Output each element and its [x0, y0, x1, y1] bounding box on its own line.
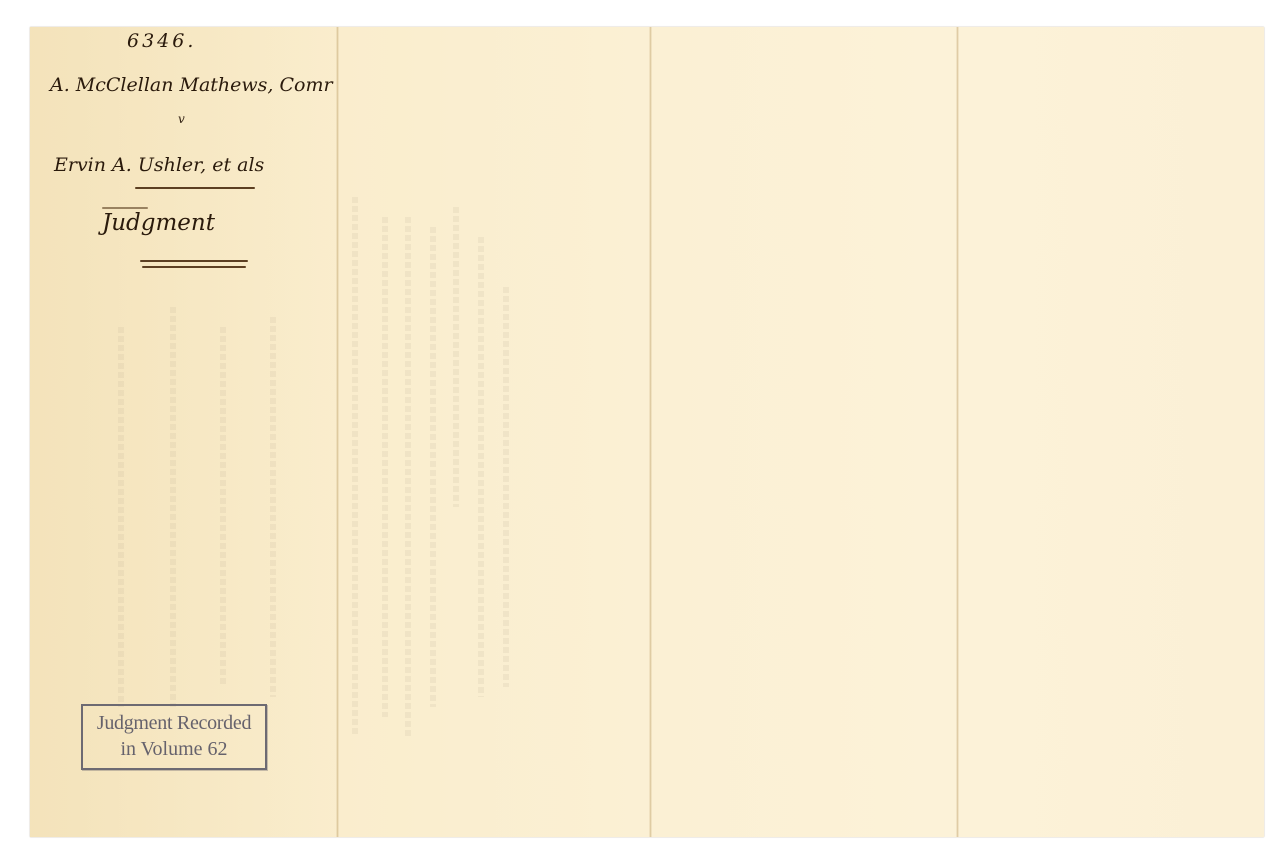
show-through-text — [478, 237, 484, 697]
overline-judgment — [102, 207, 148, 209]
plaintiff-name: A. McClellan Mathews, Comr — [50, 74, 333, 96]
versus-mark: v — [178, 112, 185, 126]
show-through-text — [453, 207, 459, 507]
show-through-text — [118, 327, 124, 707]
panel-4 — [957, 27, 1264, 837]
stamp-line-1: Judgment Recorded — [83, 710, 265, 736]
defendant-name: Ervin A. Ushler, et als — [54, 154, 264, 176]
show-through-text — [270, 317, 276, 697]
fold-line-1 — [336, 27, 339, 837]
document-sheet: 6346. A. McClellan Mathews, Comr v Ervin… — [30, 27, 1264, 837]
show-through-text — [170, 307, 176, 707]
panel-3 — [650, 27, 957, 837]
stamp-line-2: in Volume 62 — [83, 736, 265, 762]
show-through-text — [352, 197, 358, 737]
fold-line-2 — [649, 27, 652, 837]
case-number: 6346. — [127, 30, 196, 52]
judgment-recorded-stamp: Judgment Recorded in Volume 62 — [81, 704, 267, 770]
show-through-text — [220, 327, 226, 687]
show-through-text — [430, 227, 436, 707]
show-through-text — [382, 217, 388, 717]
show-through-text — [503, 287, 509, 687]
show-through-text — [405, 217, 411, 737]
document-type: Judgment — [102, 210, 215, 236]
fold-line-3 — [956, 27, 959, 837]
double-underline-top — [140, 260, 248, 262]
underline-defendant — [135, 187, 255, 189]
double-underline-bottom — [142, 266, 246, 268]
